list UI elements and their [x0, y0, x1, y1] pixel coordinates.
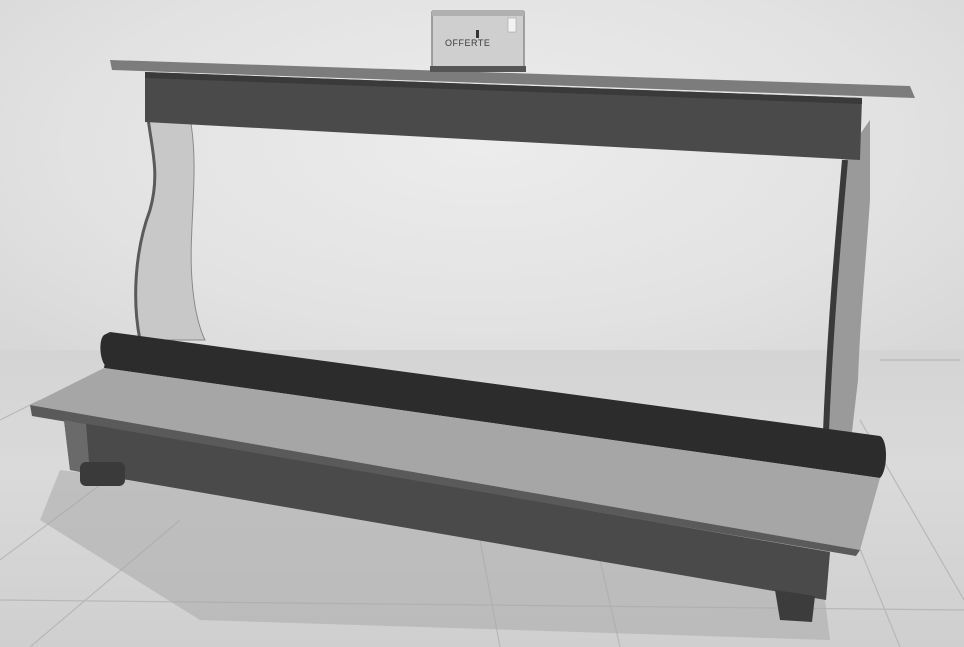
offering-box-label: OFFERTE: [445, 38, 490, 48]
coin-slot: [476, 30, 479, 38]
kneeler-bench: [0, 0, 964, 647]
photograph: OFFERTE: [0, 0, 964, 647]
